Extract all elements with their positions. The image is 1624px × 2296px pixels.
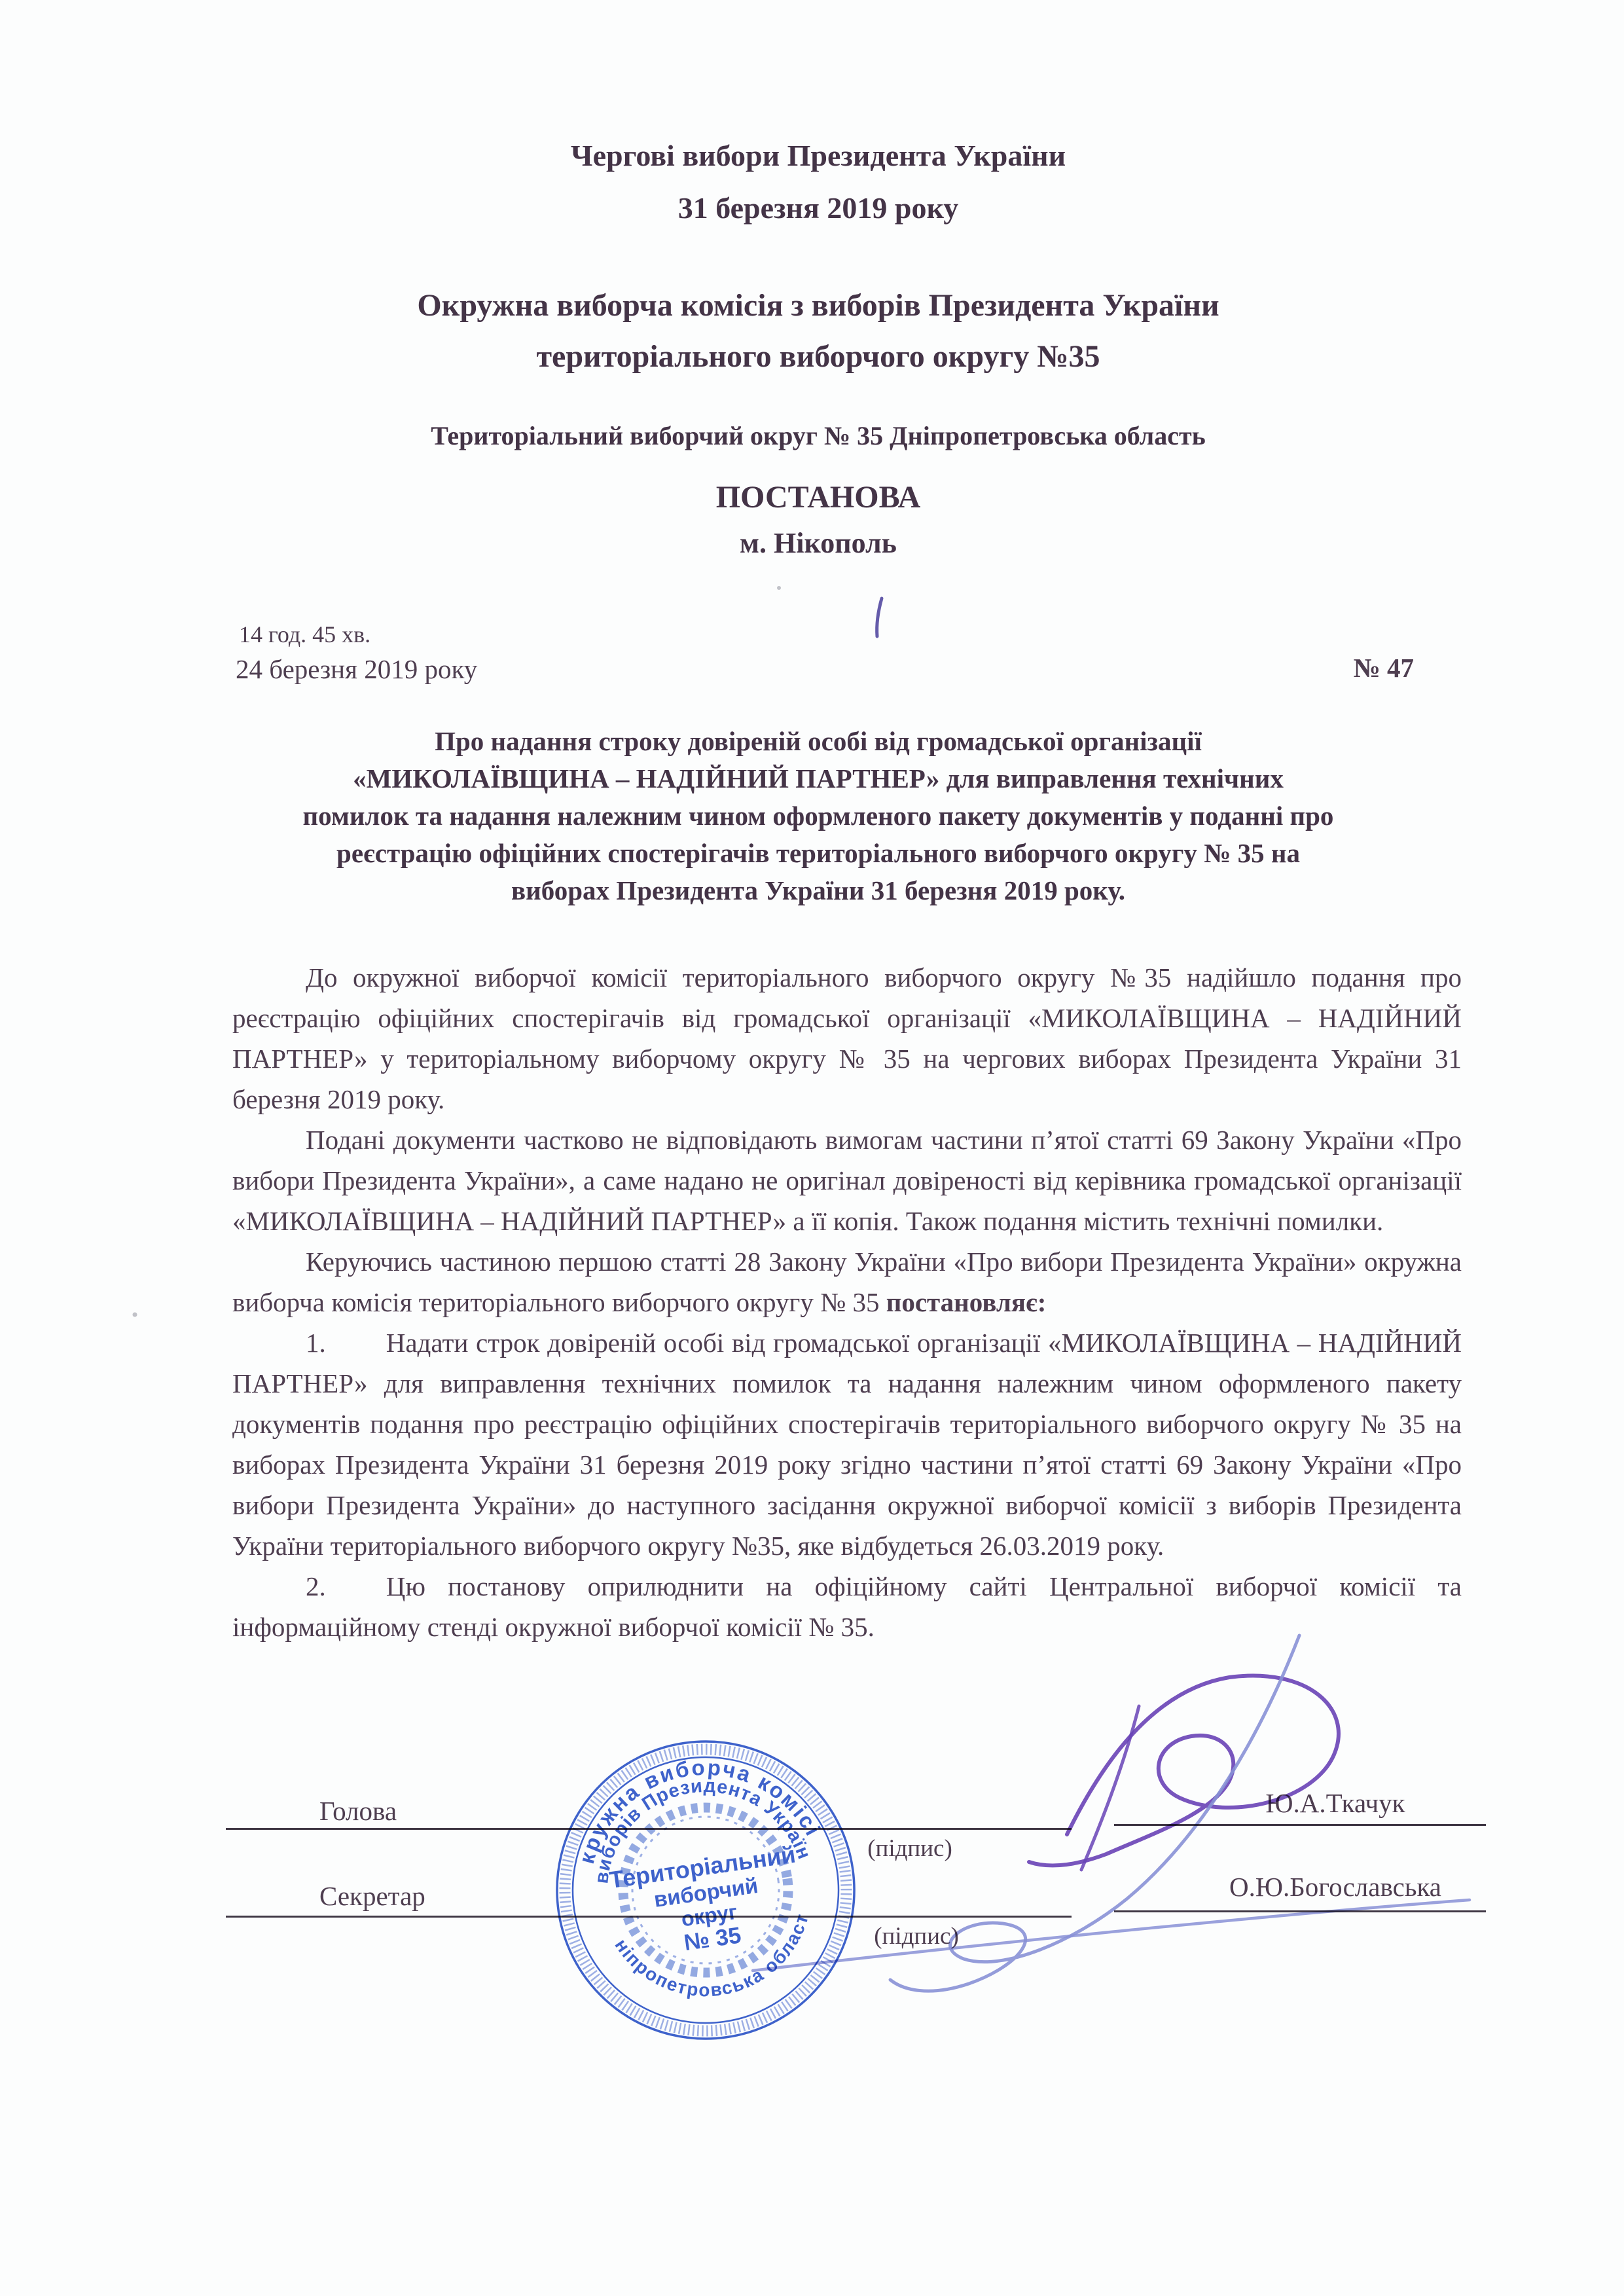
district-line: Територіальний виборчий округ № 35 Дніпр… xyxy=(196,420,1440,451)
item-2-text: Цю постанову оприлюднити на офіційному с… xyxy=(232,1571,1462,1642)
signature-name-head: Ю.А.Ткачук xyxy=(1204,1787,1466,1819)
election-title-block: Чергові вибори Президента України 31 бер… xyxy=(196,130,1440,234)
item-1-number: 1. xyxy=(306,1328,326,1358)
signature-line-secretary-right xyxy=(1114,1910,1486,1912)
subject-line: виборах Президента України 31 березня 20… xyxy=(203,872,1434,909)
item-2-number: 2. xyxy=(306,1571,326,1601)
resolution-item-1: 1.Надати строк довіреній особі від грома… xyxy=(232,1322,1462,1566)
signature-line-head-right xyxy=(1114,1824,1486,1826)
signature-role-head: Голова xyxy=(319,1795,397,1827)
meta-time: 14 год. 45 хв. xyxy=(239,621,370,648)
commission-title-block: Окружна виборча комісія з виборів Презид… xyxy=(170,280,1466,382)
subject-line: «МИКОЛАЇВЩИНА – НАДІЙНИЙ ПАРТНЕР» для ви… xyxy=(203,760,1434,797)
subject-line: Про надання строку довіреній особі від г… xyxy=(203,723,1434,760)
subject-block: Про надання строку довіреній особі від г… xyxy=(203,723,1434,909)
scan-speck xyxy=(777,586,781,590)
meta-date: 24 березня 2019 року xyxy=(236,653,477,685)
body-text: До окружної виборчої комісії територіаль… xyxy=(232,957,1462,1647)
doc-type-title: ПОСТАНОВА xyxy=(196,479,1440,515)
paragraph-3-lead: Керуючись частиною першою статті 28 Зако… xyxy=(232,1247,1462,1317)
signature-head-stroke xyxy=(1029,1676,1339,1866)
election-title-line1: Чергові вибори Президента України xyxy=(196,130,1440,182)
commission-line1: Окружна виборча комісія з виборів Презид… xyxy=(170,280,1466,331)
pen-mark-near-number xyxy=(877,598,882,636)
paragraph-3: Керуючись частиною першою статті 28 Зако… xyxy=(232,1241,1462,1322)
subject-line: реєстрацію офіційних спостерігачів терит… xyxy=(203,835,1434,872)
scan-speck xyxy=(133,1313,137,1317)
subject-line: помилок та надання належним чином оформл… xyxy=(203,797,1434,835)
paragraph-3-resolves: постановляє: xyxy=(886,1287,1047,1317)
paragraph-1: До окружної виборчої комісії територіаль… xyxy=(232,957,1462,1120)
signature-name-secretary: О.Ю.Богославська xyxy=(1178,1871,1492,1903)
paragraph-2: Подані документи частково не відповідают… xyxy=(232,1120,1462,1241)
signature-head-tail xyxy=(1081,1706,1139,1870)
round-commission-stamp: Окружна виборча комісія з виборів Презид… xyxy=(552,1736,859,2044)
signature-role-secretary: Секретар xyxy=(319,1880,425,1912)
commission-line2: територіального виборчого округу №35 xyxy=(170,331,1466,382)
scanned-document-page: Чергові вибори Президента України 31 бер… xyxy=(0,0,1624,2296)
city-line: м. Нікополь xyxy=(196,526,1440,560)
doc-number: № 47 xyxy=(1204,652,1414,683)
item-1-text: Надати строк довіреній особі від громадс… xyxy=(232,1328,1462,1561)
resolution-item-2: 2.Цю постанову оприлюднити на офіційному… xyxy=(232,1566,1462,1647)
election-title-line2: 31 березня 2019 року xyxy=(196,182,1440,234)
